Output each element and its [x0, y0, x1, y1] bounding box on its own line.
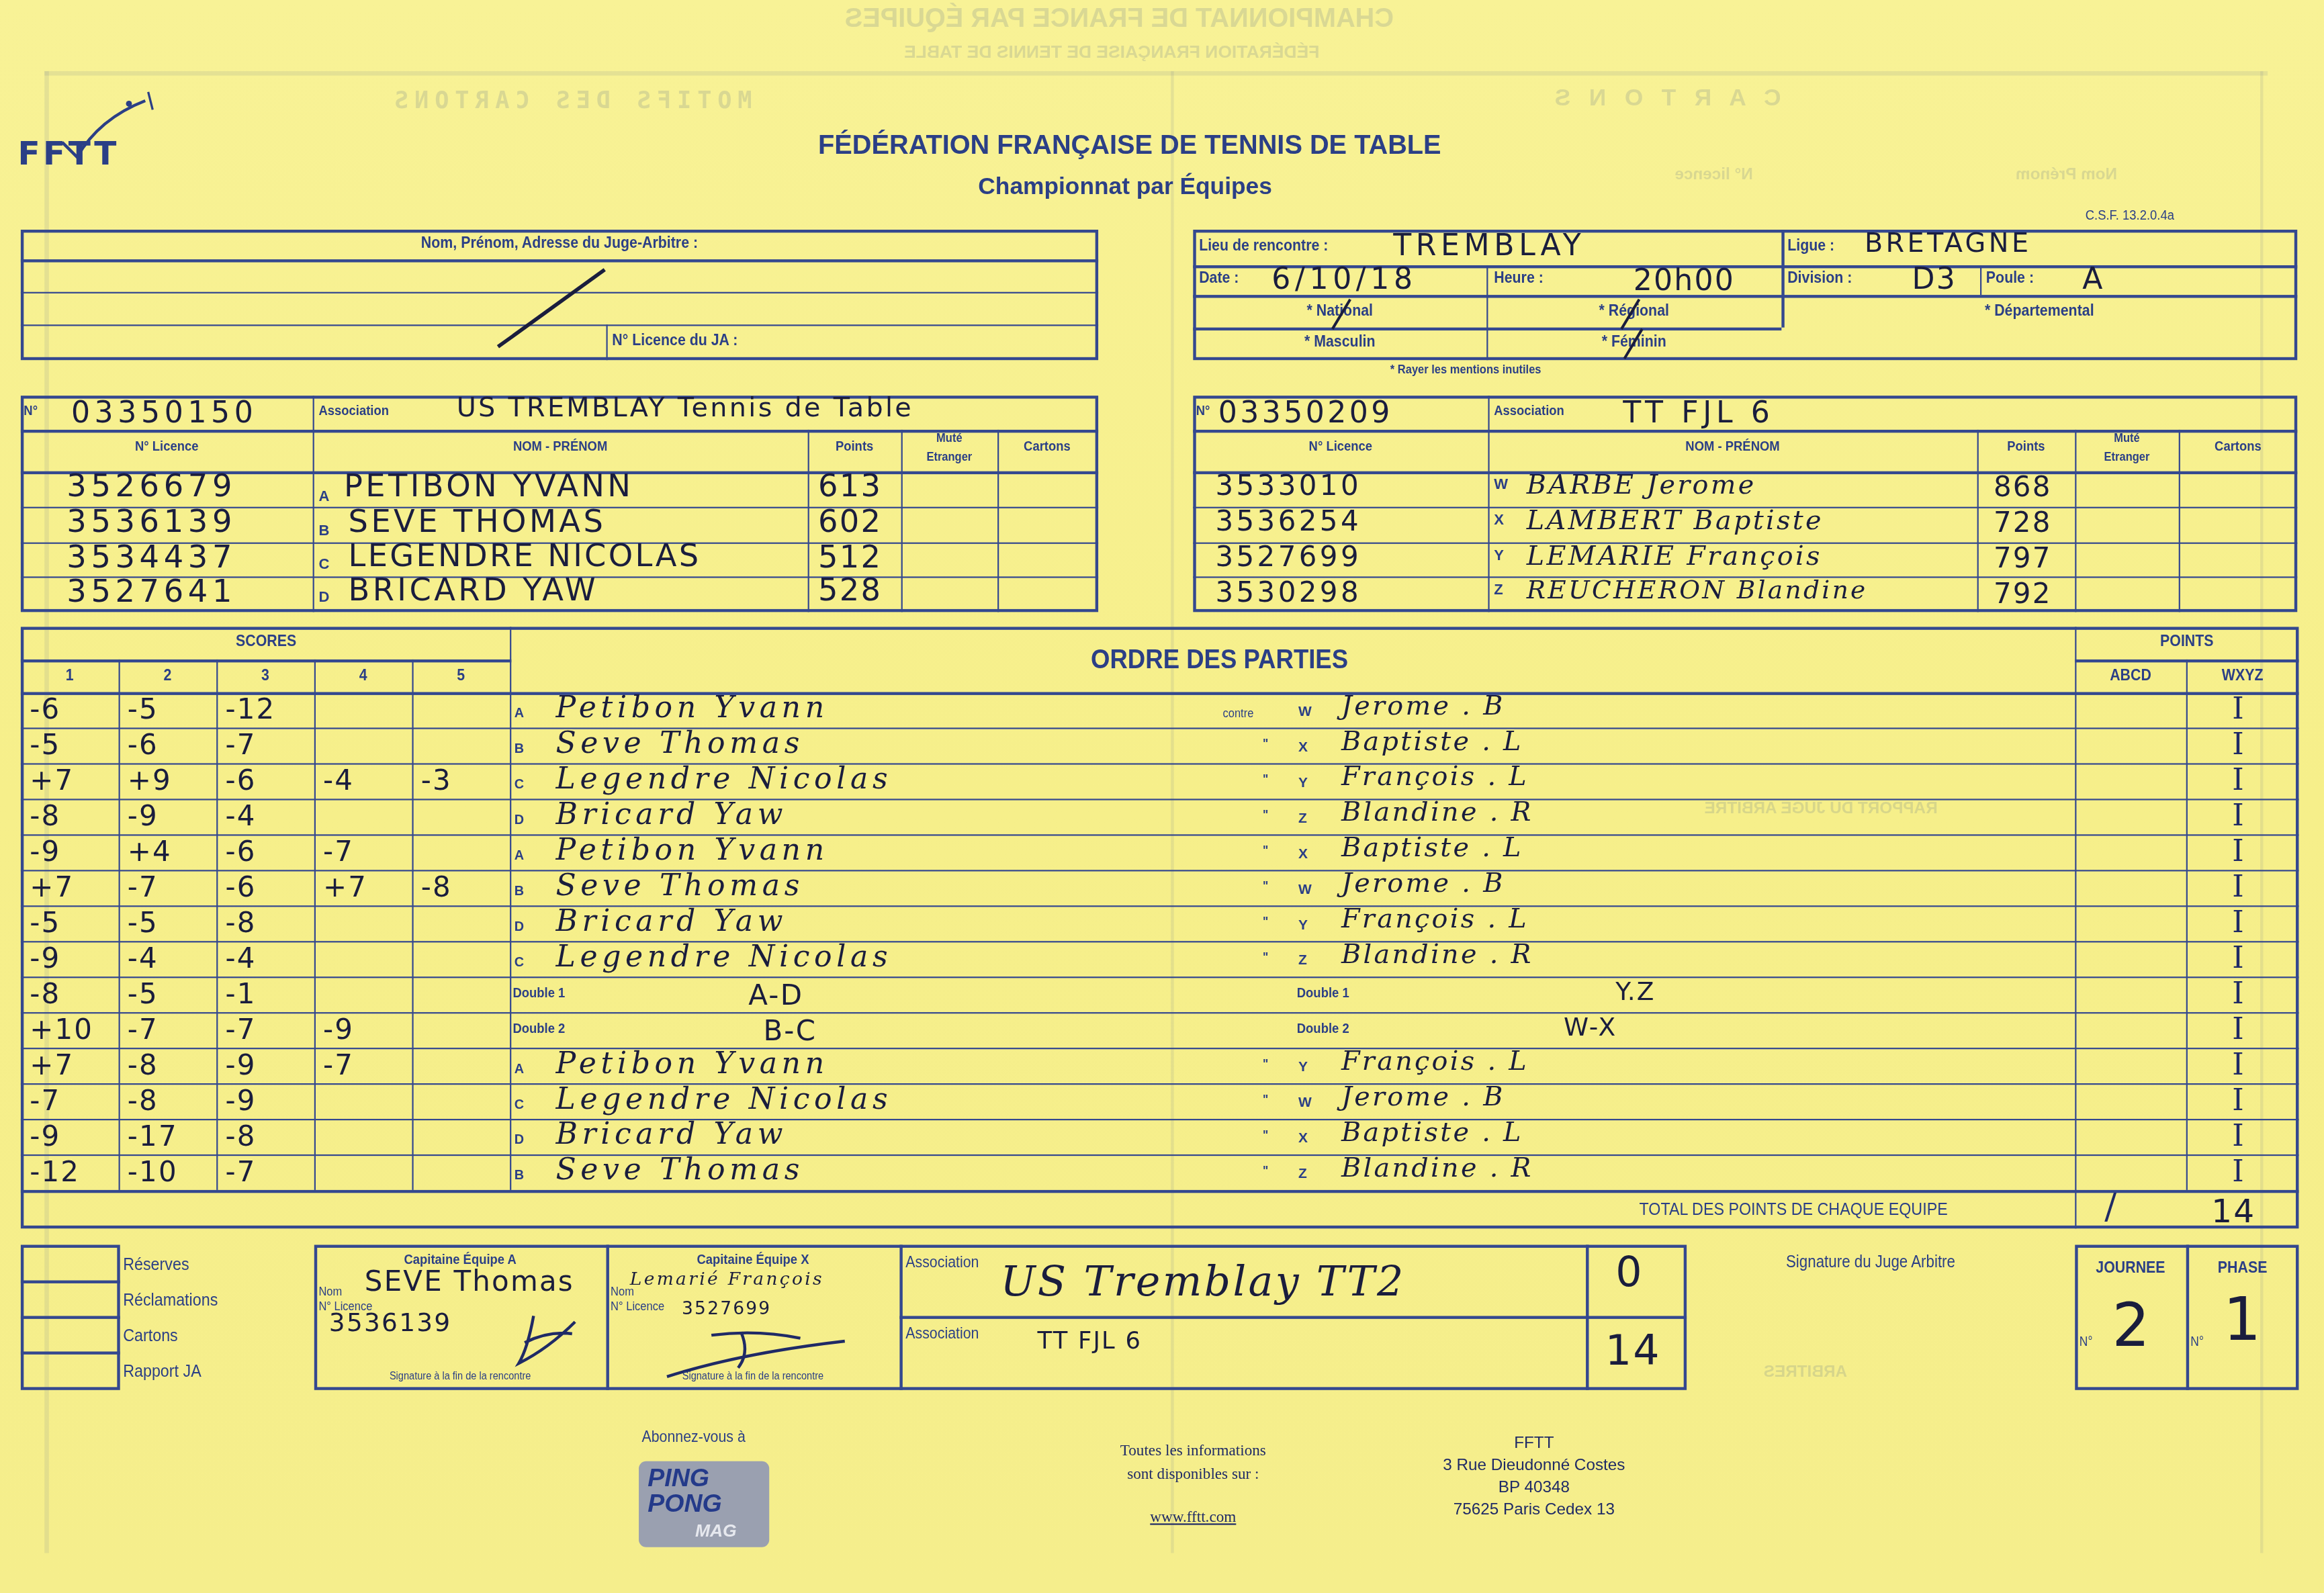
lieu-label: Lieu de rencontre : [1199, 237, 1328, 255]
set-score[interactable]: -8 [128, 1085, 159, 1118]
points-wxyz[interactable]: I [2232, 975, 2243, 1011]
ghost-subtitle: FÉDÉRATION FRANÇAISE DE TENNIS DE TABLE [904, 42, 1319, 62]
checkbox-cartons[interactable] [21, 1316, 120, 1351]
player-licence[interactable]: 3526679 [66, 468, 236, 504]
result-a-score[interactable]: 0 [1615, 1248, 1644, 1297]
player-licence[interactable]: 3527699 [1215, 541, 1361, 574]
set-score[interactable]: -8 [30, 978, 60, 1011]
strike-feminin-icon [1619, 326, 1648, 361]
set-score[interactable]: +7 [30, 1049, 74, 1082]
col-nom-prenom: NOM - PRÉNOM [1517, 439, 1948, 455]
captain-a-signature-label: Signature à la fin de la rencontre [332, 1369, 589, 1383]
set-score[interactable]: -5 [128, 978, 159, 1011]
right-player[interactable]: Baptiste . L [1341, 1118, 1523, 1148]
left-player[interactable]: Seve Thomas [555, 725, 804, 760]
col-mute: Muté [907, 430, 991, 445]
judge-name-label: Nom, Prénom, Adresse du Juge-Arbitre : [85, 234, 1034, 252]
result-x-label: Association [905, 1325, 979, 1342]
double-label: Double 1 [512, 985, 565, 1001]
set-1-header: 1 [27, 667, 113, 684]
ditto-mark: " [1263, 1056, 1268, 1071]
player-licence[interactable]: 3533010 [1215, 469, 1361, 502]
team-a-no-label: N° [24, 403, 38, 419]
set-score[interactable]: -7 [225, 1013, 256, 1046]
page-subtitle: Championnat par Équipes [978, 175, 1271, 201]
date-field[interactable]: 6/10/18 [1271, 261, 1417, 296]
col-cartons: Cartons [2186, 439, 2290, 455]
right-letter: W [1298, 704, 1312, 720]
set-score[interactable]: -8 [225, 907, 256, 940]
ditto-mark: " [1263, 1092, 1268, 1107]
set-score[interactable]: -5 [30, 907, 60, 940]
right-player[interactable]: Blandine . R [1341, 940, 1533, 970]
set-5-header: 5 [418, 667, 504, 684]
scores-header: SCORES [50, 633, 482, 650]
player-name[interactable]: BARBE Jerome [1527, 469, 1756, 500]
set-3-header: 3 [222, 667, 308, 684]
set-score[interactable]: -17 [128, 1120, 178, 1153]
set-score[interactable]: -9 [30, 1120, 60, 1153]
set-score[interactable]: -8 [421, 871, 452, 904]
double-pair[interactable]: A-D [748, 980, 803, 1013]
set-score[interactable]: +7 [30, 765, 74, 798]
set-score[interactable]: -4 [323, 765, 354, 798]
journee-value[interactable]: 2 [2112, 1292, 2151, 1361]
ligue-label: Ligue : [1787, 237, 1834, 255]
right-letter: Z [1298, 953, 1307, 969]
rayer-note: * Rayer les mentions inutiles [1390, 361, 1541, 376]
cartons-label: Cartons [123, 1325, 178, 1346]
result-x-name[interactable]: TT FJL 6 [1038, 1326, 1142, 1355]
ghost-nom: Nom Prénom [2016, 166, 2117, 183]
left-letter: C [515, 1097, 524, 1111]
team-x-association-label: Association [1494, 403, 1564, 419]
points-wxyz[interactable]: I [2232, 762, 2243, 797]
set-score[interactable]: -7 [323, 1049, 354, 1082]
points-wxyz[interactable]: I [2232, 1118, 2243, 1153]
poule-field[interactable]: A [2082, 261, 2104, 296]
set-score[interactable]: -8 [128, 1049, 159, 1082]
abcd-header: ABCD [2082, 667, 2180, 684]
points-wxyz[interactable]: I [2232, 1082, 2243, 1118]
points-wxyz[interactable]: I [2232, 904, 2243, 940]
left-player[interactable]: Petibon Yvann [555, 689, 828, 725]
player-letter: C [318, 557, 329, 574]
ditto-mark: " [1263, 737, 1268, 752]
total-abcd[interactable]: / [2104, 1185, 2116, 1227]
set-score[interactable]: -5 [30, 729, 60, 762]
right-letter: Y [1298, 917, 1308, 934]
player-name[interactable]: SEVE THOMAS [349, 504, 607, 539]
set-score[interactable]: -12 [30, 1156, 80, 1189]
left-letter: C [515, 954, 524, 969]
left-letter: A [515, 848, 524, 862]
points-wxyz[interactable]: I [2232, 797, 2243, 833]
player-letter: B [318, 523, 329, 539]
phase-no-label: N° [2190, 1334, 2204, 1349]
left-letter: B [515, 883, 524, 898]
right-player[interactable]: François . L [1341, 1046, 1529, 1077]
ghost-licence: N° licence [1674, 166, 1752, 183]
right-player[interactable]: Jerome . B [1341, 868, 1505, 899]
col-nom-prenom: NOM - PRÉNOM [343, 439, 778, 455]
judge-name-field[interactable] [489, 267, 623, 363]
right-player[interactable]: Baptiste . L [1341, 833, 1523, 864]
right-player[interactable]: François . L [1341, 762, 1529, 792]
points-wxyz[interactable]: I [2232, 690, 2243, 726]
ditto-mark: " [1263, 1128, 1268, 1142]
rapport-ja-label: Rapport JA [123, 1361, 202, 1381]
set-score[interactable]: -3 [421, 765, 452, 798]
player-letter: Y [1494, 548, 1504, 564]
ditto-mark: " [1263, 844, 1268, 858]
player-name[interactable]: BRICARD YAW [349, 572, 599, 608]
right-player[interactable]: Jerome . B [1341, 690, 1505, 721]
mag-line3: MAG [695, 1520, 737, 1541]
right-player[interactable]: Blandine . R [1341, 797, 1533, 828]
right-letter: W [1298, 882, 1312, 898]
ditto-mark: " [1263, 1163, 1268, 1178]
set-score[interactable]: -4 [225, 801, 256, 833]
player-name[interactable]: LEGENDRE NICOLAS [349, 538, 701, 574]
double-pair[interactable]: W-X [1564, 1013, 1617, 1043]
result-x-score[interactable]: 14 [1605, 1326, 1661, 1375]
right-player[interactable]: Blandine . R [1341, 1153, 1533, 1184]
points-header: POINTS [2088, 633, 2285, 650]
col-etranger: Etranger [2082, 449, 2173, 464]
set-score[interactable]: -6 [225, 871, 256, 904]
judge-licence-label: N° Licence du JA : [612, 332, 738, 349]
checkbox-reclamations[interactable] [21, 1281, 120, 1316]
option-departemental[interactable]: * Départemental [1812, 302, 2266, 320]
option-masculin[interactable]: * Masculin [1211, 333, 1469, 351]
player-letter: Z [1494, 582, 1503, 598]
captain-x-nom[interactable]: Lemarié François [630, 1269, 824, 1289]
double-label: Double 2 [1297, 1021, 1349, 1037]
set-score[interactable]: -9 [128, 801, 159, 833]
player-name[interactable]: LAMBERT Baptiste [1527, 505, 1824, 536]
captain-a-nom[interactable]: SEVE Thomas [365, 1265, 574, 1298]
player-points[interactable]: 512 [818, 539, 882, 575]
right-player[interactable]: François . L [1341, 904, 1529, 935]
heure-label: Heure : [1494, 270, 1544, 287]
right-letter: Y [1298, 775, 1308, 791]
address-line2: BP 40348 [1415, 1479, 1652, 1496]
website-link[interactable]: www.fftt.com [1097, 1510, 1290, 1527]
points-wxyz[interactable]: I [2232, 1011, 2243, 1046]
heure-field[interactable]: 20h00 [1634, 263, 1735, 298]
left-letter: A [515, 705, 524, 720]
form-code: C.S.F. 13.2.0.4a [2086, 208, 2174, 224]
left-player[interactable]: Petibon Yvann [555, 1045, 828, 1081]
player-points[interactable]: 868 [1994, 471, 2052, 504]
total-wxyz[interactable]: 14 [2211, 1195, 2255, 1232]
set-4-header: 4 [320, 667, 406, 684]
checkbox-reserves[interactable] [21, 1245, 120, 1281]
captain-x-signature-label: Signature à la fin de la rencontre [624, 1369, 882, 1383]
player-name[interactable]: REUCHERON Blandine [1527, 576, 1868, 606]
double-label: Double 1 [1297, 985, 1349, 1001]
set-score[interactable]: -9 [225, 1049, 256, 1082]
ordre-des-parties-title: ORDRE DES PARTIES [1091, 645, 1348, 676]
set-score[interactable]: -5 [128, 907, 159, 940]
captain-x-licence-label: N° Licence [611, 1298, 664, 1313]
journee-no-label: N° [2080, 1334, 2093, 1349]
player-letter: D [318, 590, 329, 606]
total-label: TOTAL DES POINTS DE CHAQUE EQUIPE [1639, 1199, 1947, 1220]
player-licence[interactable]: 3536254 [1215, 505, 1361, 538]
col-points: Points [1983, 439, 2069, 455]
set-score[interactable]: -7 [128, 871, 159, 904]
result-a-label: Association [905, 1254, 979, 1271]
set-score[interactable]: +10 [30, 1013, 93, 1046]
double-label: Double 2 [512, 1021, 565, 1037]
player-points[interactable]: 613 [818, 468, 882, 504]
journee-label: JOURNEE [2082, 1260, 2180, 1277]
captain-a-signature-icon[interactable] [504, 1304, 592, 1378]
phase-value[interactable]: 1 [2223, 1286, 2262, 1355]
mag-line2: PONG [647, 1490, 721, 1519]
set-score[interactable]: -7 [30, 1085, 60, 1118]
ligue-field[interactable]: BRETAGNE [1865, 228, 2031, 259]
player-points[interactable]: 728 [1994, 507, 2052, 540]
team-x-number[interactable]: 03350209 [1218, 394, 1393, 430]
player-licence[interactable]: 3536139 [66, 504, 236, 539]
team-a-association-label: Association [318, 403, 389, 419]
games-table [21, 627, 2299, 1228]
player-letter: X [1494, 512, 1504, 529]
division-label: Division : [1787, 270, 1852, 287]
set-score[interactable]: -1 [225, 978, 256, 1011]
left-player[interactable]: Seve Thomas [555, 867, 804, 903]
ditto-mark: " [1263, 879, 1268, 894]
col-mute: Muté [2082, 430, 2173, 445]
player-name[interactable]: PETIBON YVANN [344, 468, 633, 504]
score-sheet: CHAMPIONNAT DE FRANCE PAR ÉQUIPES FÉDÉRA… [0, 0, 2324, 1593]
player-points[interactable]: 792 [1994, 578, 2052, 611]
set-score[interactable]: -9 [30, 836, 60, 869]
set-score[interactable]: -5 [128, 694, 159, 727]
points-wxyz[interactable]: I [2232, 940, 2243, 975]
poule-label: Poule : [1986, 270, 2034, 287]
set-score[interactable]: -6 [128, 729, 159, 762]
col-points: Points [813, 439, 895, 455]
phase-label: PHASE [2193, 1260, 2292, 1277]
right-letter: Z [1298, 1167, 1307, 1183]
set-score[interactable]: -9 [30, 942, 60, 975]
captain-x-licence[interactable]: 3527699 [682, 1298, 771, 1319]
left-player[interactable]: Bricard Yaw [555, 903, 787, 938]
set-score[interactable]: -12 [225, 694, 275, 727]
left-player[interactable]: Petibon Yvann [555, 831, 828, 867]
address-line1: 3 Rue Dieudonné Costes [1415, 1457, 1652, 1474]
result-a-name[interactable]: US Tremblay TT2 [1000, 1257, 1405, 1306]
player-points[interactable]: 528 [818, 572, 882, 608]
points-wxyz[interactable]: I [2232, 833, 2243, 868]
set-score[interactable]: +4 [128, 836, 172, 869]
points-wxyz[interactable]: I [2232, 1153, 2243, 1189]
captain-a-nom-label: Nom [318, 1283, 342, 1298]
player-licence[interactable]: 3527641 [66, 574, 236, 609]
info-line1: Toutes les informations [1097, 1443, 1290, 1459]
set-score[interactable]: -7 [225, 1156, 256, 1189]
division-field[interactable]: D3 [1912, 261, 1957, 296]
set-score[interactable]: -8 [30, 801, 60, 833]
left-player[interactable]: Legendre Nicolas [555, 938, 892, 974]
points-wxyz[interactable]: I [2232, 1046, 2243, 1082]
right-player[interactable]: Jerome . B [1341, 1082, 1505, 1113]
col-cartons: Cartons [1003, 439, 1091, 455]
ditto-mark: " [1263, 950, 1268, 964]
left-player[interactable]: Bricard Yaw [555, 1116, 787, 1152]
double-pair[interactable]: Y.Z [1615, 978, 1656, 1007]
left-letter: C [515, 776, 524, 791]
captain-x-title: Capitaine Équipe X [624, 1253, 882, 1269]
left-player[interactable]: Legendre Nicolas [555, 760, 892, 796]
right-letter: Z [1298, 811, 1307, 827]
set-score[interactable]: -4 [128, 942, 159, 975]
col-licence: N° Licence [38, 439, 296, 455]
captain-a-licence[interactable]: 3536139 [329, 1308, 452, 1338]
info-line2: sont disponibles sur : [1097, 1467, 1290, 1484]
set-score[interactable]: -9 [323, 1013, 354, 1046]
left-letter: D [515, 812, 524, 827]
points-wxyz[interactable]: I [2232, 868, 2243, 904]
right-letter: X [1298, 739, 1308, 756]
page-title: FÉDÉRATION FRANÇAISE DE TENNIS DE TABLE [818, 130, 1441, 161]
left-letter: A [515, 1061, 524, 1076]
player-points[interactable]: 797 [1994, 543, 2052, 576]
player-letter: A [318, 489, 329, 505]
set-score[interactable]: -9 [225, 1085, 256, 1118]
ditto-mark: " [1263, 772, 1268, 787]
ghost-title: CHAMPIONNAT DE FRANCE PAR ÉQUIPES [845, 3, 1394, 34]
left-letter: B [515, 1168, 524, 1183]
set-score[interactable]: -4 [225, 942, 256, 975]
reclamations-label: Réclamations [123, 1289, 218, 1310]
right-player[interactable]: Baptiste . L [1341, 726, 1523, 757]
contre-label: contre [1222, 705, 1253, 720]
judge-signature-field[interactable] [1779, 1277, 2045, 1381]
date-label: Date : [1199, 270, 1239, 287]
set-score[interactable]: -6 [225, 765, 256, 798]
left-player[interactable]: Bricard Yaw [555, 796, 787, 831]
org-name: FFTT [1415, 1435, 1652, 1452]
right-letter: W [1298, 1095, 1312, 1111]
strike-national-icon [1327, 296, 1356, 332]
left-letter: D [515, 919, 524, 934]
team-x-no-label: N° [1196, 403, 1210, 419]
right-letter: Y [1298, 1060, 1308, 1076]
ping-pong-mag-logo[interactable]: PING PONG MAG [639, 1461, 769, 1547]
set-score[interactable]: -8 [225, 1120, 256, 1153]
set-score[interactable]: -7 [323, 836, 354, 869]
subscribe-text: Abonnez-vous à [641, 1428, 745, 1446]
set-score[interactable]: -7 [225, 729, 256, 762]
right-letter: X [1298, 846, 1308, 862]
checkbox-rapport-ja[interactable] [21, 1351, 120, 1387]
logo-text: FFTT [17, 136, 119, 173]
set-score[interactable]: +9 [128, 765, 172, 798]
team-a-association[interactable]: US TREMBLAY Tennis de Table [457, 393, 913, 424]
player-licence[interactable]: 3530298 [1215, 576, 1361, 609]
set-score[interactable]: +7 [30, 871, 74, 904]
right-letter: X [1298, 1131, 1308, 1147]
player-licence[interactable]: 3534437 [66, 539, 236, 575]
set-score[interactable]: -7 [128, 1013, 159, 1046]
player-points[interactable]: 602 [818, 504, 882, 539]
fftt-logo: FFTT [17, 89, 166, 177]
player-letter: W [1494, 477, 1508, 494]
col-licence: N° Licence [1211, 439, 1470, 455]
ditto-mark: " [1263, 808, 1268, 823]
left-player[interactable]: Legendre Nicolas [555, 1081, 892, 1116]
team-x-association[interactable]: TT FJL 6 [1623, 394, 1774, 430]
ditto-mark: " [1263, 914, 1268, 929]
set-score[interactable]: -10 [128, 1156, 178, 1189]
player-name[interactable]: LEMARIE François [1527, 541, 1822, 572]
reserves-label: Réserves [123, 1254, 189, 1275]
set-score[interactable]: -6 [225, 836, 256, 869]
ghost-motifs: MOTIFS DES CARTONS [388, 86, 752, 114]
wxyz-header: WXYZ [2193, 667, 2292, 684]
left-player[interactable]: Seve Thomas [555, 1152, 804, 1187]
points-wxyz[interactable]: I [2232, 726, 2243, 762]
set-score[interactable]: +7 [323, 871, 367, 904]
judge-signature-label: Signature du Juge Arbitre [1786, 1254, 1955, 1271]
col-etranger: Etranger [907, 449, 991, 464]
set-score[interactable]: -6 [30, 694, 60, 727]
set-2-header: 2 [124, 667, 210, 684]
left-letter: B [515, 741, 524, 756]
ghost-line [44, 71, 2268, 76]
lieu-field[interactable]: TREMBLAY [1393, 227, 1585, 263]
address-line3: 75625 Paris Cedex 13 [1415, 1501, 1652, 1518]
ghost-cartons: C A R T O N S [1549, 86, 1781, 113]
team-a-number[interactable]: 03350150 [71, 394, 258, 430]
double-pair[interactable]: B-C [763, 1015, 817, 1048]
left-letter: D [515, 1132, 524, 1147]
